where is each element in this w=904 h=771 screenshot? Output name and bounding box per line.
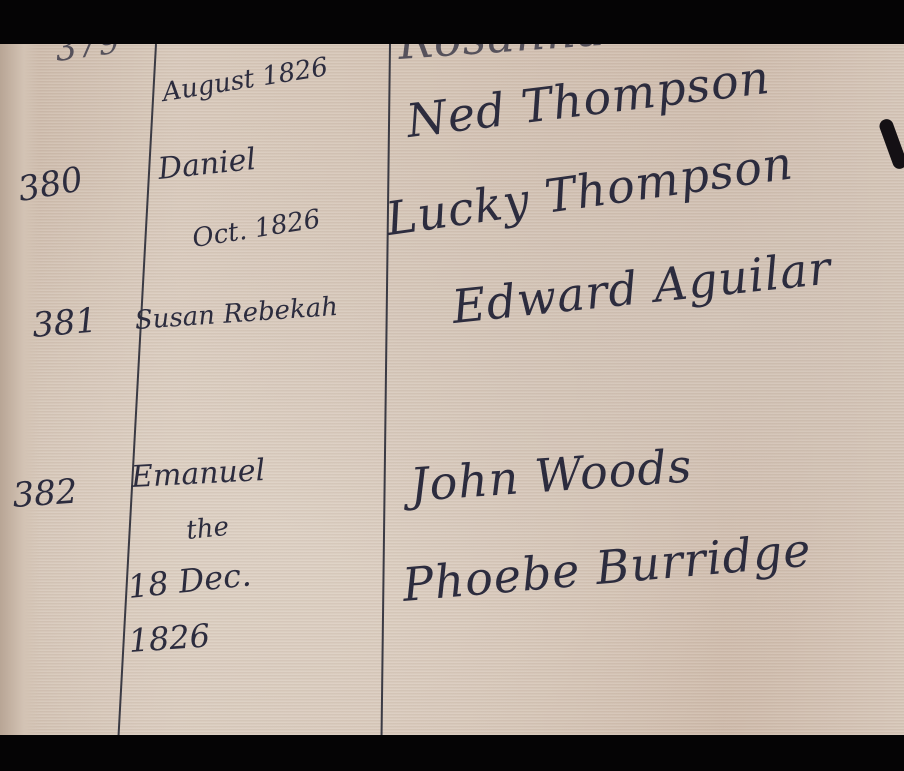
top-black-frame <box>0 0 904 44</box>
register-page: 379 Rosanna August 1826 380 Daniel Oct. … <box>0 44 904 735</box>
entry-382-date-year: 1826 <box>127 616 211 660</box>
page-tear-hole <box>878 117 904 171</box>
entry-382-mother: Phoebe Burridge <box>400 522 813 612</box>
entry-382-date-day-prefix: the <box>185 512 230 546</box>
entry-number-fragment: 379 <box>52 44 122 70</box>
entry-382-child-name: Emanuel <box>130 453 266 495</box>
page-edge-shadow <box>0 44 40 735</box>
entry-380-birth-date: August 1826 <box>160 52 330 108</box>
entry-382-father: John Woods <box>408 438 694 512</box>
entry-382-date-day-month: 18 Dec. <box>126 555 253 606</box>
column-rule-name-parents <box>380 44 390 735</box>
entry-381-number: 381 <box>31 300 99 346</box>
entry-381-father: Edward Aguilar <box>449 240 834 334</box>
entry-380-baptism-date: Oct. 1826 <box>190 204 322 254</box>
parent-name-fragment: Rosanna <box>396 44 606 70</box>
entry-382-number: 382 <box>11 472 79 516</box>
entry-380-mother: Lucky Thompson <box>382 135 796 246</box>
entry-380-child-name: Daniel <box>156 142 257 187</box>
bottom-black-frame <box>0 735 904 771</box>
entry-381-child-name: Susan Rebekah <box>134 292 339 336</box>
